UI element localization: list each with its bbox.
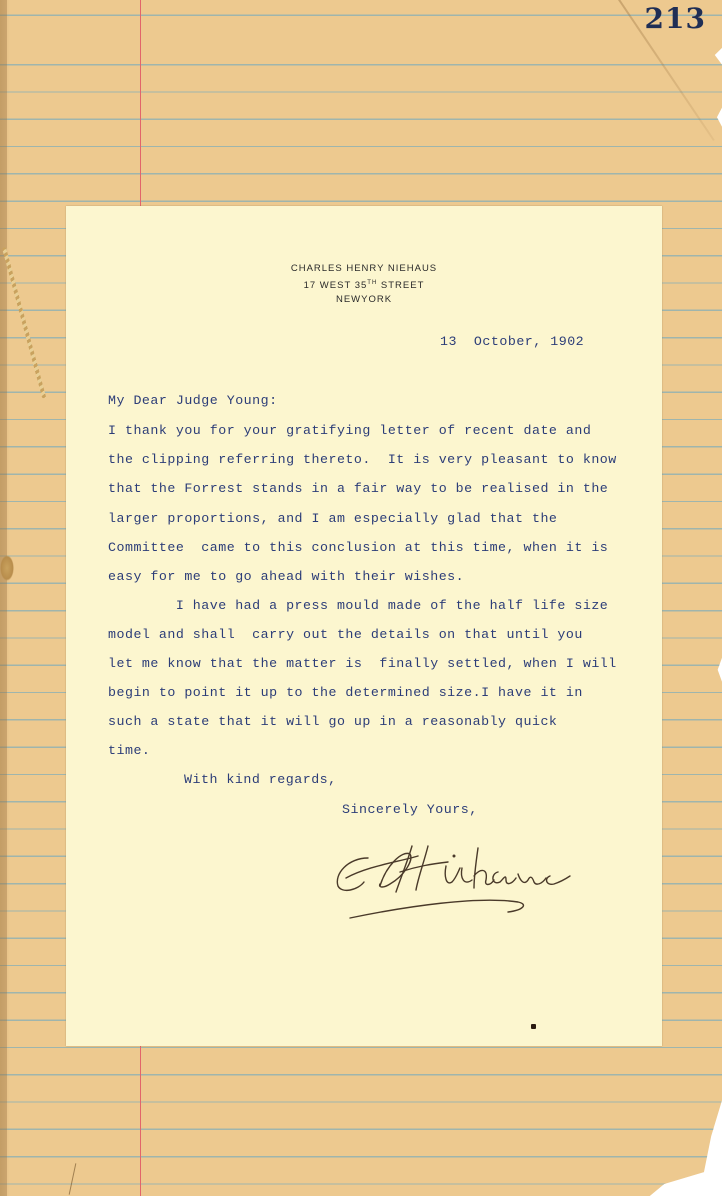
body-line: larger proportions, and I am especially … [108, 511, 557, 526]
letterhead-address: 17 WEST 35TH STREET [66, 276, 662, 293]
letter-sheet: CHARLES HENRY NIEHAUS 17 WEST 35TH STREE… [66, 206, 662, 1046]
closing: With kind regards, [184, 772, 337, 787]
page-number: 213 [645, 2, 706, 35]
letterhead-name: CHARLES HENRY NIEHAUS [66, 262, 662, 276]
body-line: I have had a press mould made of the hal… [108, 598, 608, 613]
handwritten-signature [328, 836, 608, 926]
address-superscript: TH [367, 280, 377, 286]
body-line: I thank you for your gratifying letter o… [108, 423, 591, 438]
letterhead: CHARLES HENRY NIEHAUS 17 WEST 35TH STREE… [66, 262, 662, 307]
binding-edge [0, 0, 7, 1196]
body-line: the clipping referring thereto. It is ve… [108, 452, 617, 467]
binding-string-knot [0, 555, 14, 581]
body-line: such a state that it will go up in a rea… [108, 714, 557, 729]
body-line: easy for me to go ahead with their wishe… [108, 569, 464, 584]
address-street: STREET [377, 280, 424, 291]
salutation: My Dear Judge Young: [108, 393, 278, 408]
body-line: begin to point it up to the determined s… [108, 685, 583, 700]
body-line: let me know that the matter is finally s… [108, 656, 617, 671]
address-number: 17 WEST 35 [304, 280, 368, 291]
letterhead-city: NEWYORK [66, 293, 662, 307]
body-line: time. [108, 743, 150, 758]
letter-date: 13 October, 1902 [440, 334, 584, 349]
valediction: Sincerely Yours, [342, 802, 478, 817]
ink-spot [531, 1024, 536, 1029]
body-line: Committee came to this conclusion at thi… [108, 540, 608, 555]
paper-crack [69, 1163, 77, 1195]
body-line: that the Forrest stands in a fair way to… [108, 481, 608, 496]
body-line: model and shall carry out the details on… [108, 627, 583, 642]
